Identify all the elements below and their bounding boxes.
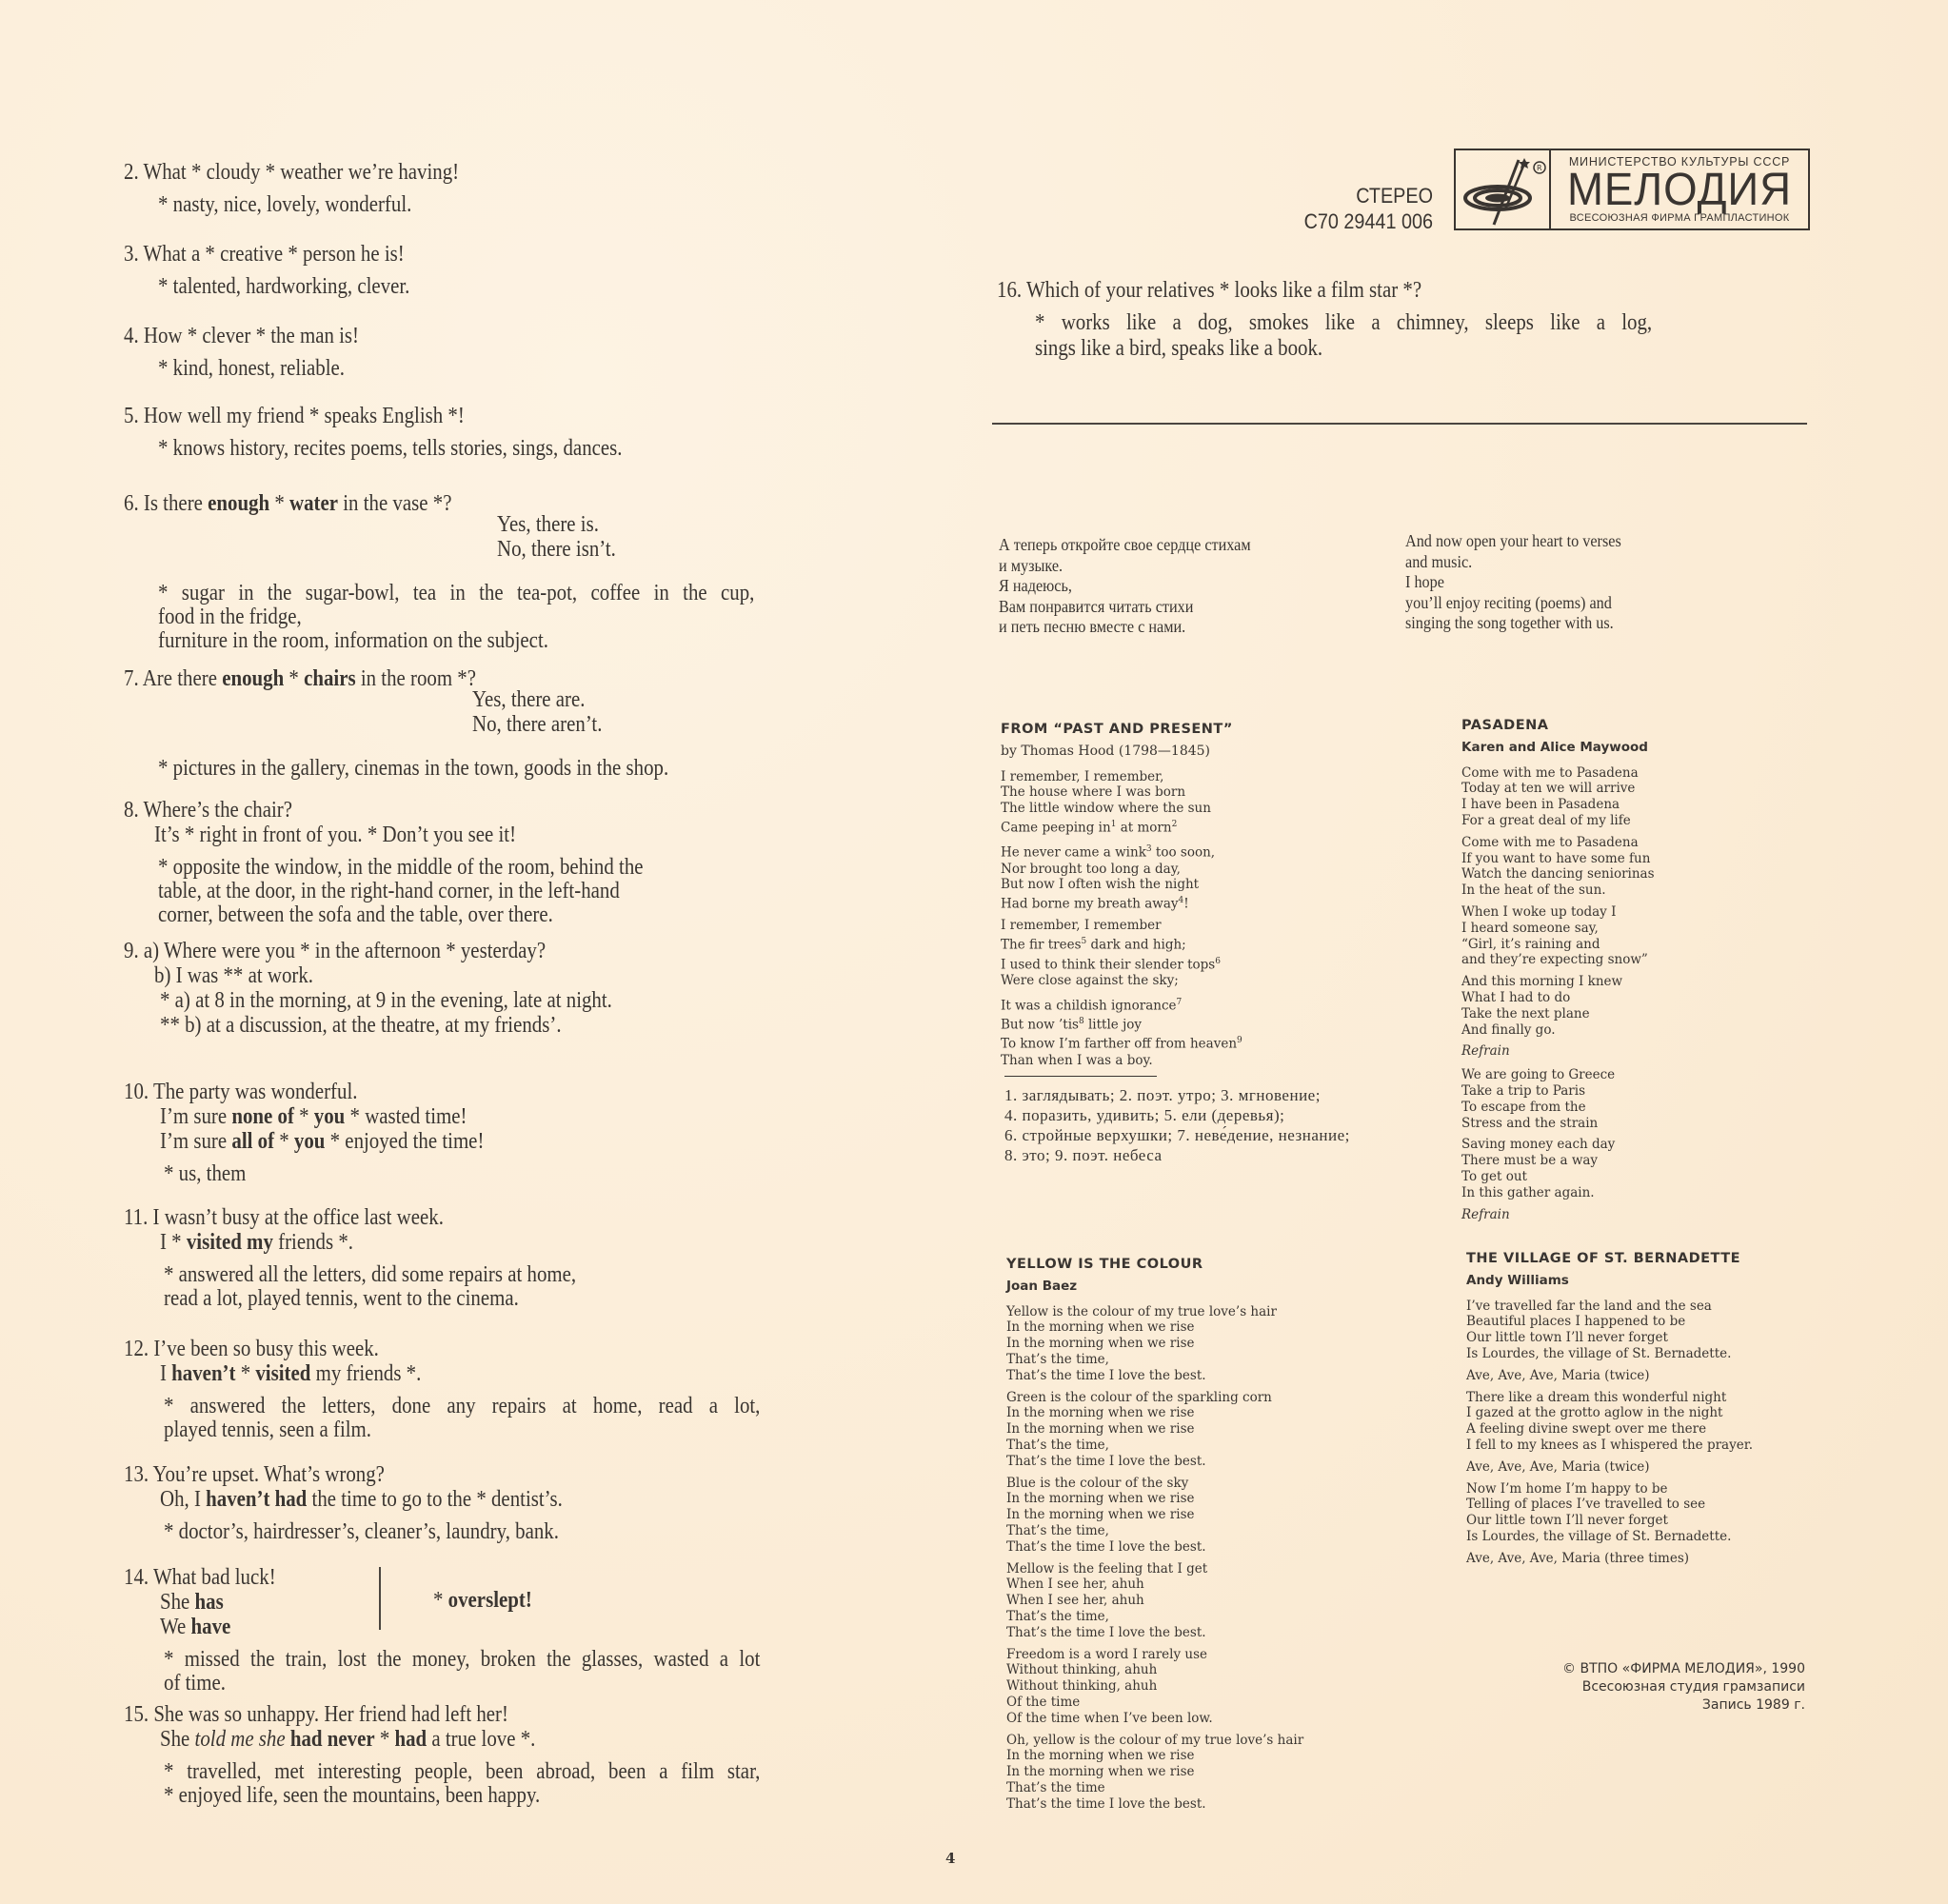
stanza: It was a childish ignorance7But now ’tis… (1001, 995, 1242, 1069)
exercise-substitution: * nasty, nice, lovely, wonderful. (158, 192, 411, 218)
song-title: PASADENA (1461, 718, 1655, 734)
exercise-line: 9. a) Where were you * in the afternoon … (124, 939, 546, 964)
footnote-rule (1004, 1076, 1157, 1077)
exercise-substitution: * doctor’s, hairdresser’s, cleaner’s, la… (164, 1519, 559, 1545)
exercise-line: 11. I wasn’t busy at the office last wee… (124, 1205, 444, 1231)
exercise-substitution: * travelled, met interesting people, bee… (164, 1759, 760, 1785)
exercise-line: 2. What * cloudy * weather we’re having! (124, 160, 459, 186)
stanza: We are going to GreeceTake a trip to Par… (1461, 1067, 1655, 1131)
logo-brand-text: МЕЛОДИЯ (1558, 169, 1802, 212)
stanza: Saving money each dayThere must be a way… (1461, 1137, 1655, 1200)
exercise-line: 12. I’ve been so busy this week. (124, 1337, 379, 1362)
stanza: Green is the colour of the sparkling cor… (1006, 1390, 1303, 1470)
intro-english: And now open your heart to versesand mus… (1405, 531, 1621, 634)
exercise-line: I’m sure all of * you * enjoyed the time… (160, 1129, 484, 1155)
exercise-line: She has (160, 1590, 224, 1616)
exercise-substitution: * us, them (164, 1161, 246, 1187)
exercise-answer: Yes, there is. (497, 512, 599, 538)
song-title: YELLOW IS THE COLOUR (1006, 1257, 1303, 1273)
exercise-line: It’s * right in front of you. * Don’t yo… (154, 823, 516, 848)
exercise-substitution: * talented, hardworking, clever. (158, 274, 409, 300)
exercise-substitution: * missed the train, lost the money, brok… (164, 1647, 760, 1673)
exercise-line: We have (160, 1615, 230, 1640)
poem-past-and-present: FROM “PAST AND PRESENT”by Thomas Hood (1… (1001, 722, 1242, 1074)
song-title: FROM “PAST AND PRESENT” (1001, 722, 1242, 738)
stanza: I remember, I remember,The house where I… (1001, 769, 1242, 837)
stanza: Ave, Ave, Ave, Maria (twice) (1466, 1459, 1753, 1476)
stanza: Ave, Ave, Ave, Maria (twice) (1466, 1368, 1753, 1384)
exercise-line: I haven’t * visited my friends *. (160, 1361, 421, 1387)
exercise-line: She told me she had never * had a true l… (160, 1727, 535, 1753)
stanza: When I woke up today II heard someone sa… (1461, 904, 1655, 968)
stanza: He never came a wink3 too soon,Nor broug… (1001, 842, 1242, 912)
stanza: Yellow is the colour of my true love’s h… (1006, 1304, 1303, 1384)
exercise-16-sub-1: * works like a dog, smokes like a chimne… (1035, 310, 1652, 336)
footnotes: 1. заглядывать; 2. поэт. утро; 3. мгнове… (1004, 1076, 1350, 1165)
exercise-line: 3. What a * creative * person he is! (124, 242, 405, 268)
exercise-substitution: * kind, honest, reliable. (158, 356, 345, 382)
exercise-line: 15. She was so unhappy. Her friend had l… (124, 1702, 508, 1728)
stanza: I’ve travelled far the land and the seaB… (1466, 1299, 1753, 1362)
stanza: And this morning I knewWhat I had to doT… (1461, 974, 1655, 1038)
exercise-line: b) I was ** at work. (154, 963, 313, 989)
exercise-substitution: * sugar in the sugar-bowl, tea in the te… (158, 581, 754, 606)
refrain-label: Refrain (1461, 1207, 1655, 1223)
copyright-notice: © ВТПО «ФИРМА МЕЛОДИЯ», 1990 Всесоюзная … (1466, 1660, 1805, 1715)
exercise-line: I * visited my friends *. (160, 1230, 353, 1256)
exercise-line: Oh, I haven’t had the time to go to the … (160, 1487, 563, 1513)
exercise-line: 8. Where’s the chair? (124, 798, 292, 823)
exercise-line: 10. The party was wonderful. (124, 1080, 357, 1105)
page-number: 4 (945, 1850, 955, 1867)
exercise-line: 14. What bad luck! (124, 1565, 276, 1591)
bracket-line (379, 1567, 381, 1630)
intro-russian: А теперь откройте свое сердце стихами му… (999, 535, 1251, 638)
exercise-16-sub-2: sings like a bird, speaks like a book. (1035, 336, 1322, 362)
song-author: Joan Baez (1006, 1279, 1303, 1295)
section-divider (992, 423, 1807, 425)
exercise-line: 5. How well my friend * speaks English *… (124, 404, 465, 429)
song-author: Andy Williams (1466, 1273, 1753, 1289)
stanza: Come with me to PasadenaToday at ten we … (1461, 765, 1655, 829)
exercise-substitution: corner, between the sofa and the table, … (158, 902, 553, 928)
exercise-substitution: * knows history, recites poems, tells st… (158, 436, 623, 462)
exercise-side-note: * overslept! (433, 1588, 532, 1614)
song-yellow-is-the-colour: YELLOW IS THE COLOURJoan BaezYellow is t… (1006, 1257, 1303, 1818)
exercise-answer: No, there isn’t. (497, 537, 616, 563)
exercise-substitution: table, at the door, in the right-hand co… (158, 879, 620, 904)
exercise-substitution: * pictures in the gallery, cinemas in th… (158, 756, 668, 782)
stanza: Blue is the colour of the skyIn the morn… (1006, 1476, 1303, 1556)
stanza: Come with me to PasadenaIf you want to h… (1461, 835, 1655, 899)
stereo-label: СТЕРЕО (1292, 183, 1434, 208)
stanza: I remember, I rememberThe fir trees5 dar… (1001, 918, 1242, 988)
exercise-16-question: 16. Which of your relatives * looks like… (997, 278, 1421, 304)
melodiya-logo: R МИНИСТЕРСТВО КУЛЬТУРЫ СССР МЕЛОДИЯ ВСЕ… (1454, 149, 1810, 230)
stanza: Oh, yellow is the colour of my true love… (1006, 1733, 1303, 1813)
exercise-line: I’m sure none of * you * wasted time! (160, 1104, 467, 1130)
exercise-substitution: food in the fridge, (158, 605, 302, 630)
song-byline: by Thomas Hood (1798—1845) (1001, 744, 1242, 760)
catalog-number: С70 29441 006 (1292, 208, 1434, 234)
exercise-answer: Yes, there are. (472, 687, 585, 713)
exercise-line: 7. Are there enough * chairs in the room… (124, 666, 476, 692)
stanza: Mellow is the feeling that I getWhen I s… (1006, 1561, 1303, 1641)
exercise-substitution: read a lot, played tennis, went to the c… (164, 1286, 519, 1312)
svg-text:R: R (1537, 164, 1542, 172)
exercise-line: * a) at 8 in the morning, at 9 in the ev… (160, 988, 612, 1014)
stanza: Ave, Ave, Ave, Maria (three times) (1466, 1551, 1753, 1567)
exercise-substitution: * enjoyed life, seen the mountains, been… (164, 1783, 540, 1809)
exercise-substitution: * answered all the letters, did some rep… (164, 1262, 576, 1288)
song-title: THE VILLAGE OF ST. BERNADETTE (1466, 1251, 1753, 1267)
exercise-substitution: furniture in the room, information on th… (158, 628, 548, 654)
exercise-substitution: * answered the letters, done any repairs… (164, 1394, 760, 1419)
exercise-line: ** b) at a discussion, at the theatre, a… (160, 1013, 562, 1039)
stanza: Freedom is a word I rarely useWithout th… (1006, 1647, 1303, 1727)
melodiya-record-logo-icon: R (1456, 150, 1551, 228)
stanza: There like a dream this wonderful nightI… (1466, 1390, 1753, 1454)
exercise-substitution: of time. (164, 1671, 226, 1696)
song-author: Karen and Alice Maywood (1461, 740, 1655, 756)
song-village-of-st-bernadette: THE VILLAGE OF ST. BERNADETTEAndy Willia… (1466, 1251, 1753, 1573)
exercise-substitution: played tennis, seen a film. (164, 1418, 371, 1443)
stanza: Now I’m home I’m happy to beTelling of p… (1466, 1481, 1753, 1545)
refrain-label: Refrain (1461, 1043, 1655, 1060)
catalog-label: СТЕРЕО С70 29441 006 (1292, 183, 1434, 234)
exercise-line: 4. How * clever * the man is! (124, 324, 359, 349)
song-pasadena: PASADENAKaren and Alice MaywoodCome with… (1461, 718, 1655, 1230)
exercise-substitution: * opposite the window, in the middle of … (158, 855, 644, 881)
exercise-line: 13. You’re upset. What’s wrong? (124, 1462, 385, 1488)
exercise-line: 6. Is there enough * water in the vase *… (124, 491, 451, 517)
exercise-answer: No, there aren’t. (472, 712, 602, 738)
